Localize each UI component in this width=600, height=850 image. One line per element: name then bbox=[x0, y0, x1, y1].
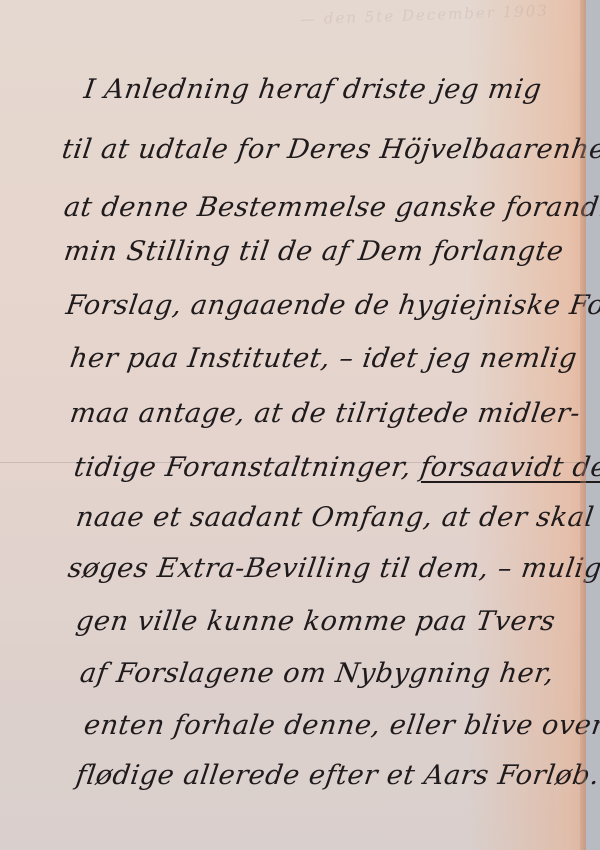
text-line-9: naae et saadant Omfang, at der skal bbox=[74, 502, 596, 533]
text-line-14: flødige allerede efter et Aars Forløb. bbox=[74, 760, 600, 791]
text-line-1: I Anledning heraf driste jeg mig bbox=[82, 74, 544, 105]
text-line-8-main: tidige Foranstaltninger, bbox=[72, 452, 413, 483]
text-line-8: tidige Foranstaltninger, forsaavidt de bbox=[72, 452, 600, 483]
text-line-10: søges Extra-Bevilling til dem, – mulig bbox=[66, 553, 600, 584]
text-line-5: Forslag, angaaende de hygiejniske Forhol… bbox=[64, 290, 600, 321]
text-line-2: til at udtale for Deres Höjvelbaarenhed, bbox=[60, 134, 600, 165]
text-line-7: maa antage, at de tilrigtede midler- bbox=[68, 398, 582, 429]
text-line-12: af Forslagene om Nybygning her, bbox=[78, 658, 556, 689]
document-photo: — den 5te December 1903 I Anledning hera… bbox=[0, 0, 600, 850]
text-line-13: enten forhale denne, eller blive over- bbox=[82, 710, 600, 741]
text-line-6: her paa Institutet, – idet jeg nemlig bbox=[68, 343, 579, 374]
text-line-4: min Stilling til de af Dem forlangte bbox=[62, 236, 566, 267]
letter-page: — den 5te December 1903 I Anledning hera… bbox=[0, 0, 586, 850]
underlined-phrase: forsaavidt de bbox=[418, 452, 600, 483]
handwritten-text-body: I Anledning heraf driste jeg mig til at … bbox=[0, 0, 586, 850]
text-line-3: at denne Bestemmelse ganske forandrer bbox=[62, 192, 600, 223]
text-line-11: gen ville kunne komme paa Tvers bbox=[74, 606, 557, 637]
